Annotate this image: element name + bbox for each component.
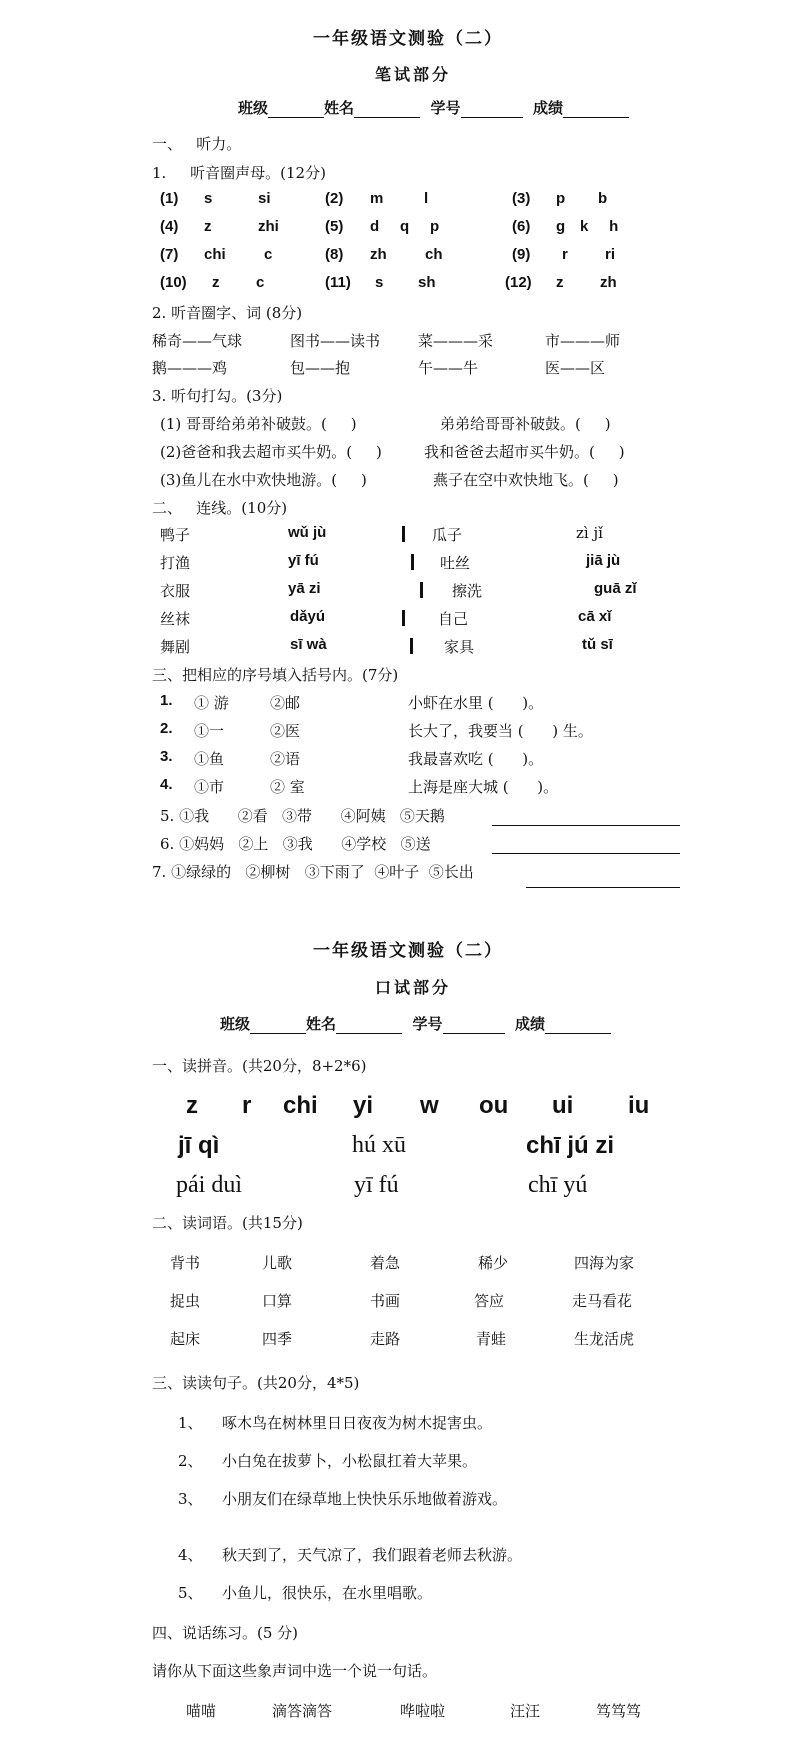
word: 着急: [370, 1252, 400, 1273]
item-number: (3): [512, 190, 530, 207]
answer-line[interactable]: [492, 853, 680, 854]
match-pinyin[interactable]: dǎyú: [290, 608, 325, 625]
sentence-option[interactable]: 我和爸爸去超市买牛奶。( ): [424, 441, 625, 462]
match-word[interactable]: 鸭子: [160, 524, 190, 545]
item-number: 4.: [160, 776, 173, 793]
option[interactable]: zh: [600, 274, 617, 291]
divider: [402, 526, 405, 542]
item-number: 3、: [178, 1488, 203, 1509]
pinyin-letter: ou: [479, 1092, 508, 1120]
written-title: 一年级语文测验（二）: [313, 24, 503, 49]
written-subtitle: 笔试部分: [375, 62, 451, 85]
item-number: (10): [160, 274, 187, 291]
fill-sentence[interactable]: 小虾在水里 ( )。: [408, 692, 543, 713]
section-heading-speaking: 四、说话练习。(5 分): [152, 1622, 298, 1643]
word: 走马看花: [572, 1290, 632, 1311]
word: 起床: [170, 1328, 200, 1349]
answer-line[interactable]: [492, 825, 680, 826]
pinyin-letter: z: [186, 1092, 198, 1120]
option: ①鱼: [194, 748, 224, 769]
match-pinyin[interactable]: tǔ sī: [582, 636, 613, 653]
word-pair[interactable]: 市———师: [545, 330, 620, 351]
section-heading-pinyin: 一、读拼音。(共20分，8+2*6): [152, 1055, 367, 1076]
word-pair[interactable]: 图书——读书: [290, 330, 380, 351]
section-heading-listening: 一、 听力。: [152, 133, 241, 154]
option[interactable]: b: [598, 190, 607, 207]
sentence-option[interactable]: (1) 哥哥给弟弟补破鼓。( ): [160, 413, 357, 434]
option[interactable]: s: [375, 274, 383, 291]
divider: [411, 554, 414, 570]
sentence: 小朋友们在绿草地上快快乐乐地做着游戏。: [222, 1488, 507, 1509]
match-word[interactable]: 瓜子: [432, 524, 462, 545]
item-number: (9): [512, 246, 530, 263]
fill-sentence[interactable]: 长大了，我要当 ( ) 生。: [408, 720, 593, 741]
match-pinyin[interactable]: jiā jù: [586, 552, 620, 569]
pinyin-letter: ui: [552, 1092, 573, 1120]
sentence: 秋天到了，天气凉了，我们跟着老师去秋游。: [222, 1544, 522, 1565]
word-pair[interactable]: 稀奇——气球: [152, 330, 242, 351]
section-heading-words: 二、读词语。(共15分): [152, 1212, 303, 1233]
answer-line[interactable]: [526, 887, 680, 888]
fill-sentence[interactable]: 上海是座大城 ( )。: [408, 776, 558, 797]
item-number: 3.: [160, 748, 173, 765]
item-number: 2.: [160, 720, 173, 737]
option[interactable]: c: [256, 274, 264, 291]
match-pinyin[interactable]: sī wà: [290, 636, 327, 653]
item-number: (7): [160, 246, 178, 263]
score-field[interactable]: [545, 1019, 611, 1034]
sentence: 啄木鸟在树林里日日夜夜为树木捉害虫。: [222, 1412, 492, 1433]
onomatopoeia-word: 滴答滴答: [272, 1700, 332, 1721]
section-heading-fill: 三、把相应的序号填入括号内。(7分): [152, 664, 398, 685]
score-field[interactable]: [563, 103, 629, 118]
option: ②邮: [270, 692, 300, 713]
item-number: 2、: [178, 1450, 203, 1471]
onomatopoeia-word: 喵喵: [186, 1700, 216, 1721]
written-info-line: 班级姓名 学号 成绩: [238, 97, 629, 118]
word: 背书: [170, 1252, 200, 1273]
name-label: 姓名: [306, 1015, 336, 1033]
option[interactable]: zh: [370, 246, 387, 263]
match-word[interactable]: 舞剧: [160, 636, 190, 657]
option[interactable]: z: [212, 274, 220, 291]
q2-heading: 2. 听音圈字、词 (8分): [152, 302, 302, 323]
sentence-option[interactable]: 燕子在空中欢快地飞。( ): [433, 469, 619, 490]
divider: [420, 582, 423, 598]
number-field[interactable]: [461, 103, 523, 118]
word-pair[interactable]: 医——区: [545, 357, 605, 378]
word: 儿歌: [262, 1252, 292, 1273]
match-pinyin[interactable]: zì jǐ: [576, 524, 603, 542]
option[interactable]: chi: [204, 246, 226, 263]
option: ① 游: [194, 692, 229, 713]
option[interactable]: p: [556, 190, 565, 207]
word: 口算: [262, 1290, 292, 1311]
option[interactable]: k h: [580, 218, 618, 235]
item-number: 4、: [178, 1544, 203, 1565]
option[interactable]: ri: [605, 246, 615, 263]
option[interactable]: g: [556, 218, 565, 235]
word: 稀少: [478, 1252, 508, 1273]
option: ②医: [270, 720, 300, 741]
option: ②语: [270, 748, 300, 769]
word: 四海为家: [574, 1252, 634, 1273]
sentence: 小白兔在拔萝卜，小松鼠扛着大苹果。: [222, 1450, 477, 1471]
pinyin-letter: r: [242, 1092, 251, 1120]
option: ①一: [194, 720, 224, 741]
item-number: 1、: [178, 1412, 203, 1433]
option[interactable]: d: [370, 218, 379, 235]
sentence-option[interactable]: (2)爸爸和我去超市买牛奶。( ): [160, 441, 382, 462]
pinyin-letter: yi: [353, 1092, 373, 1120]
pinyin-letter: iu: [628, 1092, 649, 1120]
word: 走路: [370, 1328, 400, 1349]
item-number: (11): [325, 274, 351, 291]
pinyin-word: jī qì: [178, 1132, 219, 1160]
item-number: (1): [160, 190, 178, 207]
order-item: 6. ①妈妈 ②上 ③我 ④学校 ⑤送: [160, 833, 431, 854]
name-field[interactable]: [354, 103, 420, 118]
section-heading-matching: 二、 连线。(10分): [152, 497, 287, 518]
word: 书画: [370, 1290, 400, 1311]
option[interactable]: sh: [418, 274, 436, 291]
oral-title: 一年级语文测验（二）: [313, 936, 503, 961]
word-pair[interactable]: 菜———采: [418, 330, 493, 351]
item-number: (5): [325, 218, 343, 235]
match-word[interactable]: 衣服: [160, 580, 190, 601]
pinyin-word: chī jú zi: [526, 1132, 614, 1160]
q1-heading: 1. 听音圈声母。(12分): [152, 162, 326, 183]
pinyin-letter: w: [420, 1092, 439, 1120]
match-word[interactable]: 吐丝: [440, 552, 470, 573]
class-label: 班级: [220, 1015, 250, 1033]
sentence-option[interactable]: (3)鱼儿在水中欢快地游。( ): [160, 469, 367, 490]
number-label: 学号: [430, 99, 460, 117]
fill-sentence[interactable]: 我最喜欢吃 ( )。: [408, 748, 543, 769]
match-pinyin[interactable]: yī fú: [288, 552, 319, 569]
option[interactable]: s: [204, 190, 212, 207]
word: 青蛙: [476, 1328, 506, 1349]
order-item: 5. ①我 ②看 ③带 ④阿姨 ⑤天鹅: [160, 805, 445, 826]
word-pair[interactable]: 包——抱: [290, 357, 350, 378]
word: 生龙活虎: [574, 1328, 634, 1349]
score-label: 成绩: [515, 1015, 545, 1033]
option: ①市: [194, 776, 224, 797]
item-number: 1.: [160, 692, 173, 709]
order-item: 7. ①绿绿的 ②柳树 ③下雨了 ④叶子 ⑤长出: [152, 861, 474, 882]
item-number: (12): [505, 274, 532, 291]
onomatopoeia-word: 汪汪: [510, 1700, 540, 1721]
onomatopoeia-word: 笃笃笃: [596, 1700, 641, 1721]
match-word[interactable]: 打渔: [160, 552, 190, 573]
pinyin-word: yī fú: [354, 1172, 399, 1199]
option[interactable]: m: [370, 190, 383, 207]
word-pair[interactable]: 鹅———鸡: [152, 357, 227, 378]
divider: [402, 610, 405, 626]
option: ② 室: [270, 776, 305, 797]
sentence-option[interactable]: 弟弟给哥哥补破鼓。( ): [440, 413, 611, 434]
match-word[interactable]: 自己: [438, 608, 468, 629]
match-pinyin[interactable]: cā xǐ: [578, 608, 611, 625]
class-field[interactable]: [268, 103, 324, 118]
pinyin-word: chī yú: [528, 1172, 587, 1199]
word: 答应: [474, 1290, 504, 1311]
word: 捉虫: [170, 1290, 200, 1311]
number-field[interactable]: [443, 1019, 505, 1034]
option[interactable]: si: [258, 190, 271, 207]
match-word[interactable]: 擦洗: [452, 580, 482, 601]
item-number: (8): [325, 246, 343, 263]
item-number: (6): [512, 218, 530, 235]
match-pinyin[interactable]: yā zi: [288, 580, 321, 597]
item-number: (4): [160, 218, 178, 235]
option[interactable]: ch: [425, 246, 443, 263]
onomatopoeia-word: 哗啦啦: [400, 1700, 445, 1721]
option[interactable]: z: [556, 274, 564, 291]
score-label: 成绩: [533, 99, 563, 117]
match-word[interactable]: 家具: [444, 636, 474, 657]
pinyin-letter: chi: [283, 1092, 318, 1120]
option[interactable]: l: [424, 190, 428, 207]
number-label: 学号: [412, 1015, 442, 1033]
word: 四季: [262, 1328, 292, 1349]
speaking-prompt: 请你从下面这些象声词中选一个说一句话。: [152, 1660, 437, 1681]
pinyin-word: pái duì: [176, 1172, 242, 1199]
option[interactable]: z: [204, 218, 212, 235]
item-number: (2): [325, 190, 343, 207]
name-label: 姓名: [324, 99, 354, 117]
name-field[interactable]: [336, 1019, 402, 1034]
class-label: 班级: [238, 99, 268, 117]
class-field[interactable]: [250, 1019, 306, 1034]
item-number: 5、: [178, 1582, 203, 1603]
option[interactable]: zhi: [258, 218, 279, 235]
oral-info-line: 班级姓名 学号 成绩: [220, 1013, 611, 1034]
word-pair[interactable]: 午——牛: [418, 357, 478, 378]
pinyin-word: hú xū: [352, 1132, 406, 1159]
option[interactable]: r: [562, 246, 568, 263]
section-heading-sentences: 三、读读句子。(共20分，4*5): [152, 1372, 359, 1393]
option[interactable]: c: [264, 246, 272, 263]
match-pinyin[interactable]: guā zǐ: [594, 580, 637, 597]
match-word[interactable]: 丝袜: [160, 608, 190, 629]
sentence: 小鱼儿，很快乐，在水里唱歌。: [222, 1582, 432, 1603]
divider: [410, 638, 413, 654]
match-pinyin[interactable]: wǔ jù: [288, 524, 326, 541]
option[interactable]: q p: [400, 218, 439, 235]
oral-subtitle: 口试部分: [375, 975, 451, 998]
q3-heading: 3. 听句打勾。(3分): [152, 385, 282, 406]
